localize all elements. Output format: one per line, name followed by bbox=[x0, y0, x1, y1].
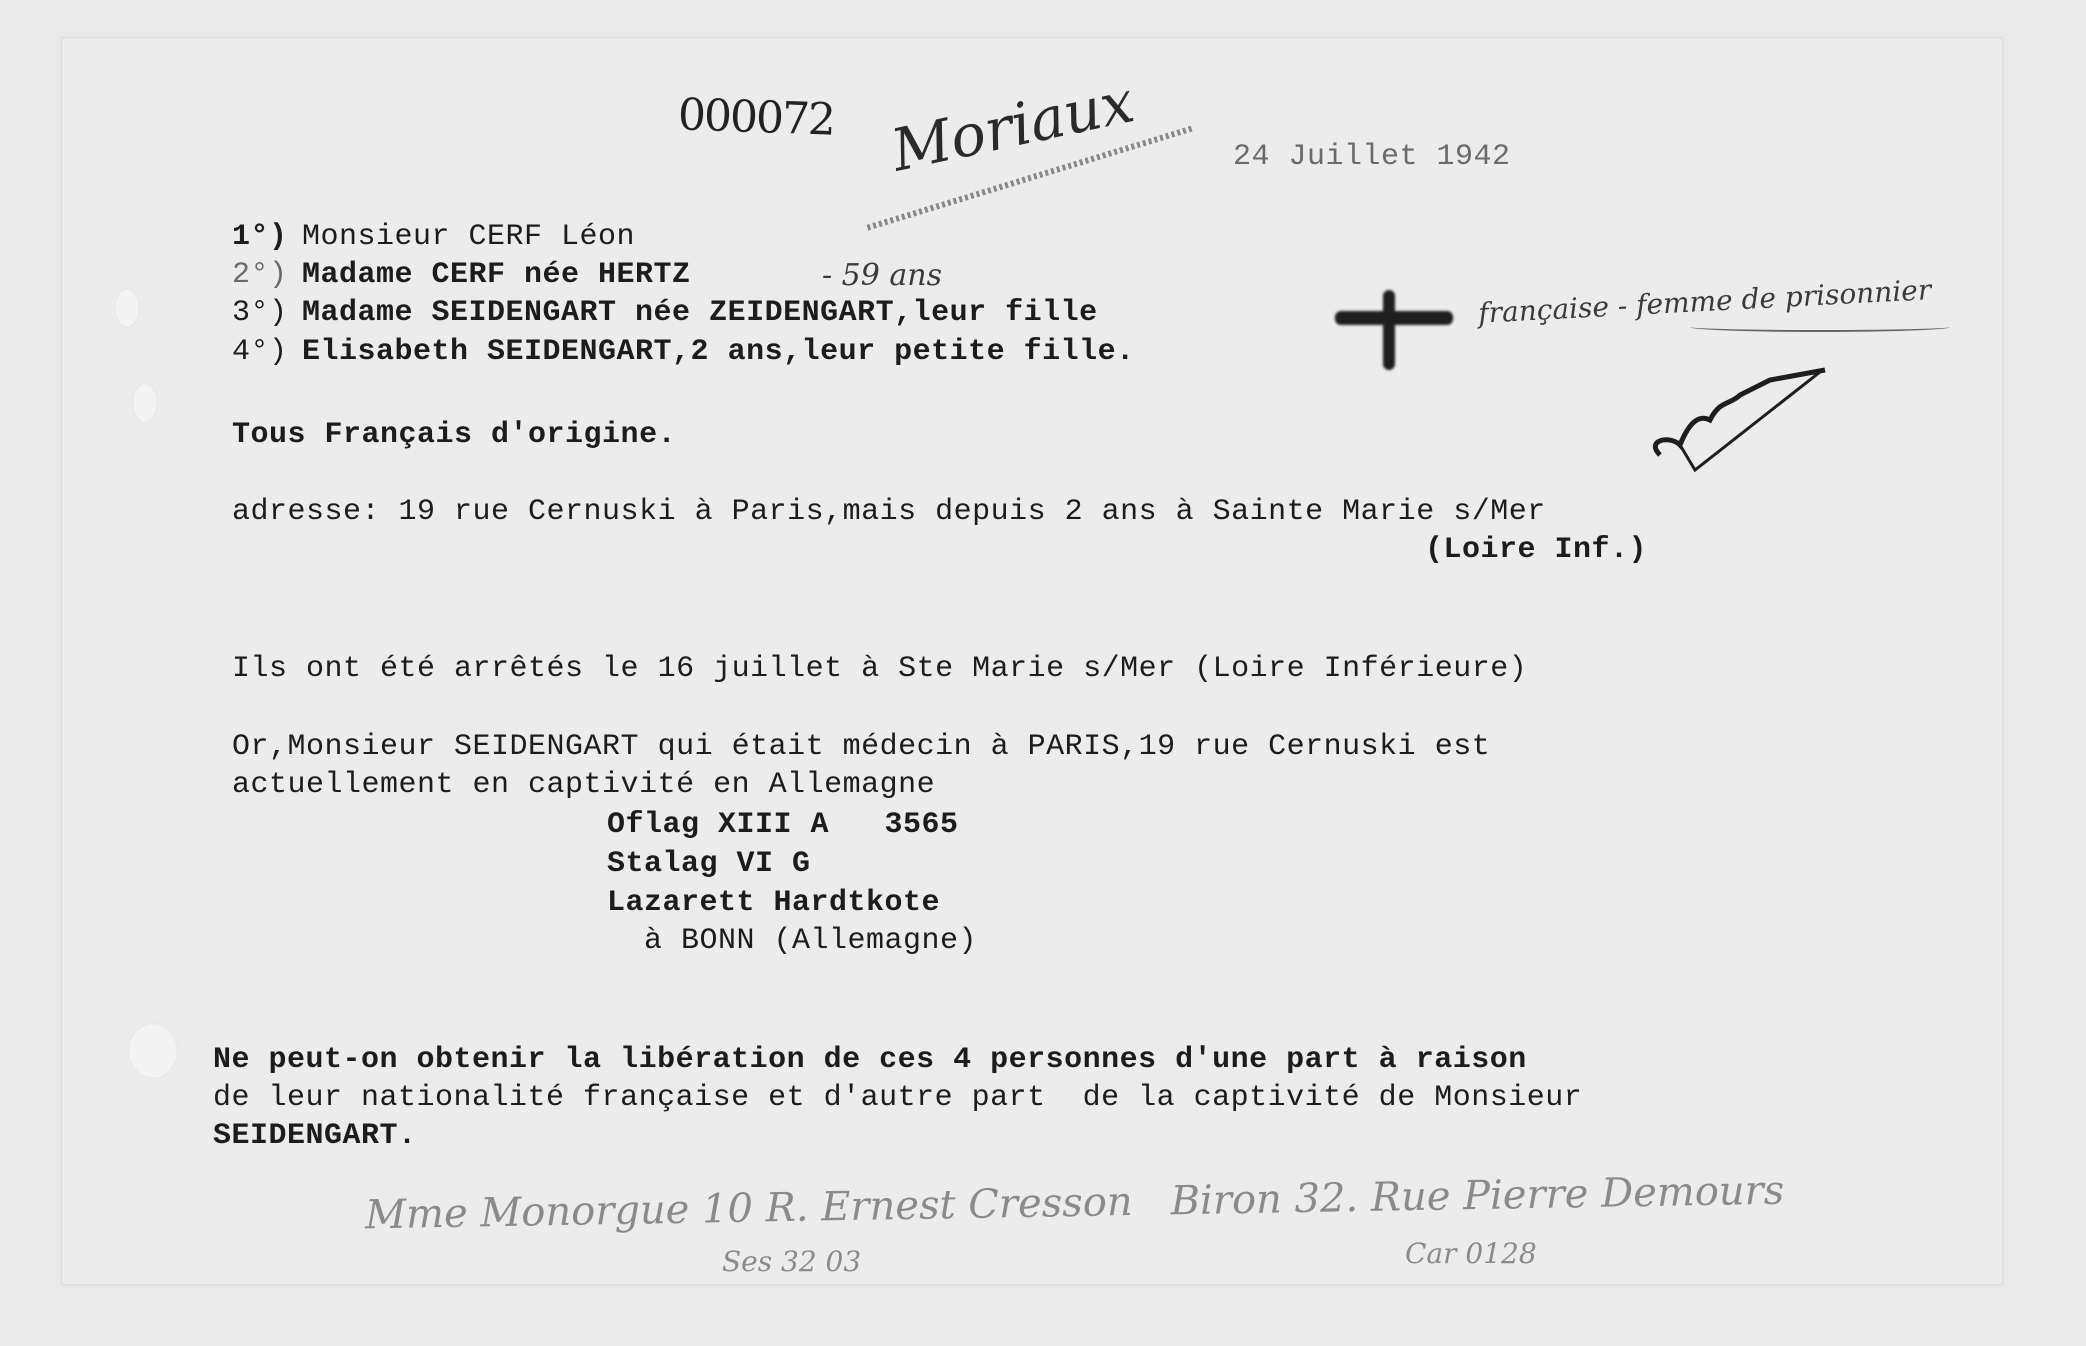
document-date: 24 Juillet 1942 bbox=[1233, 138, 1511, 176]
archive-stamp-number: 000072 bbox=[677, 89, 835, 145]
punch-hole bbox=[114, 288, 140, 328]
arrest-statement: Ils ont été arrêtés le 16 juillet à Ste … bbox=[232, 650, 1527, 688]
pencil-note-phone: Ses 32 03 bbox=[722, 1245, 861, 1278]
person-number: 1°) bbox=[232, 218, 288, 256]
camp-line: Stalag VI G bbox=[607, 845, 811, 883]
person-name: Monsieur CERF Léon bbox=[302, 218, 635, 256]
request-line: Ne peut-on obtenir la libération de ces … bbox=[213, 1041, 1527, 1079]
initials-signature-icon bbox=[1640, 360, 1840, 480]
person-number: 2°) bbox=[232, 256, 288, 294]
captivity-statement: Or,Monsieur SEIDENGART qui était médecin… bbox=[232, 728, 1490, 766]
request-line: SEIDENGART. bbox=[213, 1117, 417, 1155]
camp-line: Oflag XIII A 3565 bbox=[607, 806, 959, 844]
cross-mark-icon bbox=[1383, 290, 1395, 370]
person-number: 4°) bbox=[232, 333, 288, 371]
camp-line: à BONN (Allemagne) bbox=[607, 922, 977, 960]
age-annotation: - 59 ans bbox=[822, 258, 942, 293]
nationality-statement: Tous Français d'origine. bbox=[232, 416, 676, 454]
address-region: (Loire Inf.) bbox=[1425, 531, 1647, 569]
person-name: Elisabeth SEIDENGART,2 ans,leur petite f… bbox=[302, 333, 1135, 371]
margin-note-underline bbox=[1690, 322, 1950, 332]
camp-line: Lazarett Hardtkote bbox=[607, 884, 940, 922]
pencil-note-phone: Car 0128 bbox=[1405, 1237, 1537, 1270]
person-number: 3°) bbox=[232, 294, 288, 332]
person-name: Madame SEIDENGART née ZEIDENGART,leur fi… bbox=[302, 294, 1098, 332]
punch-hole bbox=[132, 383, 158, 423]
captivity-statement: actuellement en captivité en Allemagne bbox=[232, 766, 935, 804]
address-line: adresse: 19 rue Cernuski à Paris,mais de… bbox=[232, 493, 1546, 531]
person-name: Madame CERF née HERTZ bbox=[302, 256, 691, 294]
request-line: de leur nationalité française et d'autre… bbox=[213, 1079, 1582, 1117]
punch-hole bbox=[128, 1023, 178, 1079]
